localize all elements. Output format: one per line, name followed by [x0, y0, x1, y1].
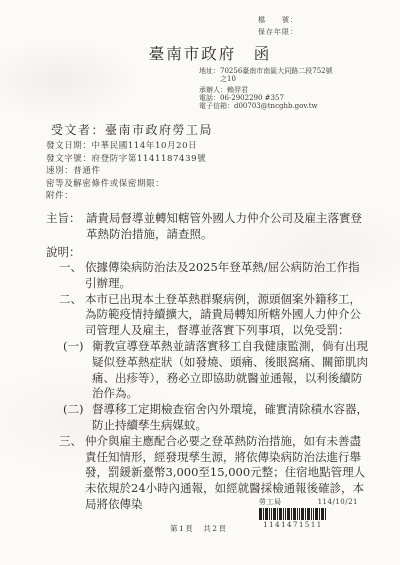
security-classification: 密等及解密條件或保密期限： [46, 178, 206, 191]
page-number: 第1頁 共2頁 [170, 523, 228, 534]
contact-person: 承辦人：賴羿君 [199, 86, 333, 94]
sender-address-line1: 地址：70256臺南市南區大同路二段752號 [199, 67, 333, 75]
contact-email: 電子信箱：d00703@tncghb.gov.tw [199, 102, 333, 110]
sender-info-block: 地址：70256臺南市南區大同路二段752號 之10 承辦人：賴羿君 電話：06… [199, 67, 333, 111]
description-label: 說明： [46, 244, 368, 260]
barcode [259, 508, 327, 520]
meta-block: 發文日期：中華民國114年10月20日 發文字號：府登防字第1141187439… [46, 140, 206, 203]
sender-address-line2: 之10 [199, 75, 333, 83]
recipient-line: 受文者：臺南市政府勞工局 [51, 121, 213, 138]
subject-label: 主旨： [46, 210, 86, 226]
item-text: 督導移工定期檢查宿舍內外環境，確實清除積水容器，防止持續孳生病媒蚊。 [92, 402, 368, 434]
retention-period-label: 保存年限： [258, 27, 298, 39]
receipt-stamp: 勞工局 114/10/21 1141471511 [259, 498, 358, 529]
official-letter-page: 檔 號： 保存年限： 臺南市政府 函 地址：70256臺南市南區大同路二段752… [0, 0, 400, 565]
item-text: 本市已出現本土登革熱群聚病例，源頭個案外籍移工，為防範疫情持續擴大，請貴局轉知所… [85, 292, 368, 339]
delivery-speed: 速別：普通件 [46, 165, 206, 178]
document-number: 發文字號：府登防字第1141187439號 [46, 153, 206, 166]
stamp-header: 勞工局 114/10/21 [259, 498, 358, 507]
barcode-number: 1141471511 [259, 521, 327, 529]
stamp-unit: 勞工局 [259, 498, 282, 507]
item-label: 二、 [59, 292, 85, 308]
description-items: 一、 依據傳染病防治法及2025年登革熱/屈公病防治工作指引辦理。 二、 本市已… [46, 260, 368, 513]
item-label: (二) [63, 402, 92, 418]
item-label: 三、 [59, 434, 85, 450]
item-text: 衛教宣導登革熱並請落實移工自我健康監測，倘有出現疑似登革熱症狀（如發燒、頭痛、後… [92, 339, 368, 402]
letter-body: 主旨： 請貴局督導並轉知轄管外國人力仲介公司及雇主落實登革熱防治措施，請查照。 … [46, 210, 368, 513]
description-item-2: 二、 本市已出現本土登革熱群聚病例，源頭個案外籍移工，為防範疫情持續擴大，請貴局… [59, 292, 368, 339]
stamp-date: 114/10/21 [318, 498, 358, 507]
document-title: 臺南市政府 函 [0, 42, 400, 64]
description-item-2-sub-1: (一) 衛教宣導登革熱並請落實移工自我健康監測，倘有出現疑似登革熱症狀（如發燒、… [63, 339, 368, 402]
attachment-label: 附件： [46, 190, 206, 203]
item-label: (一) [63, 339, 92, 355]
subject-text: 請貴局督導並轉知轄管外國人力仲介公司及雇主落實登革熱防治措施，請查照。 [86, 210, 368, 242]
description-item-1: 一、 依據傳染病防治法及2025年登革熱/屈公病防治工作指引辦理。 [59, 260, 368, 292]
description-item-2-sub-2: (二) 督導移工定期檢查宿舍內外環境，確實清除積水容器，防止持續孳生病媒蚊。 [63, 402, 368, 434]
file-number-label: 檔 號： [258, 15, 298, 27]
subject-line: 主旨： 請貴局督導並轉知轄管外國人力仲介公司及雇主落實登革熱防治措施，請查照。 [46, 210, 368, 242]
item-text: 依據傳染病防治法及2025年登革熱/屈公病防治工作指引辦理。 [85, 260, 368, 292]
file-number-block: 檔 號： 保存年限： [258, 15, 298, 38]
item-label: 一、 [59, 260, 85, 276]
issue-date: 發文日期：中華民國114年10月20日 [46, 140, 206, 153]
